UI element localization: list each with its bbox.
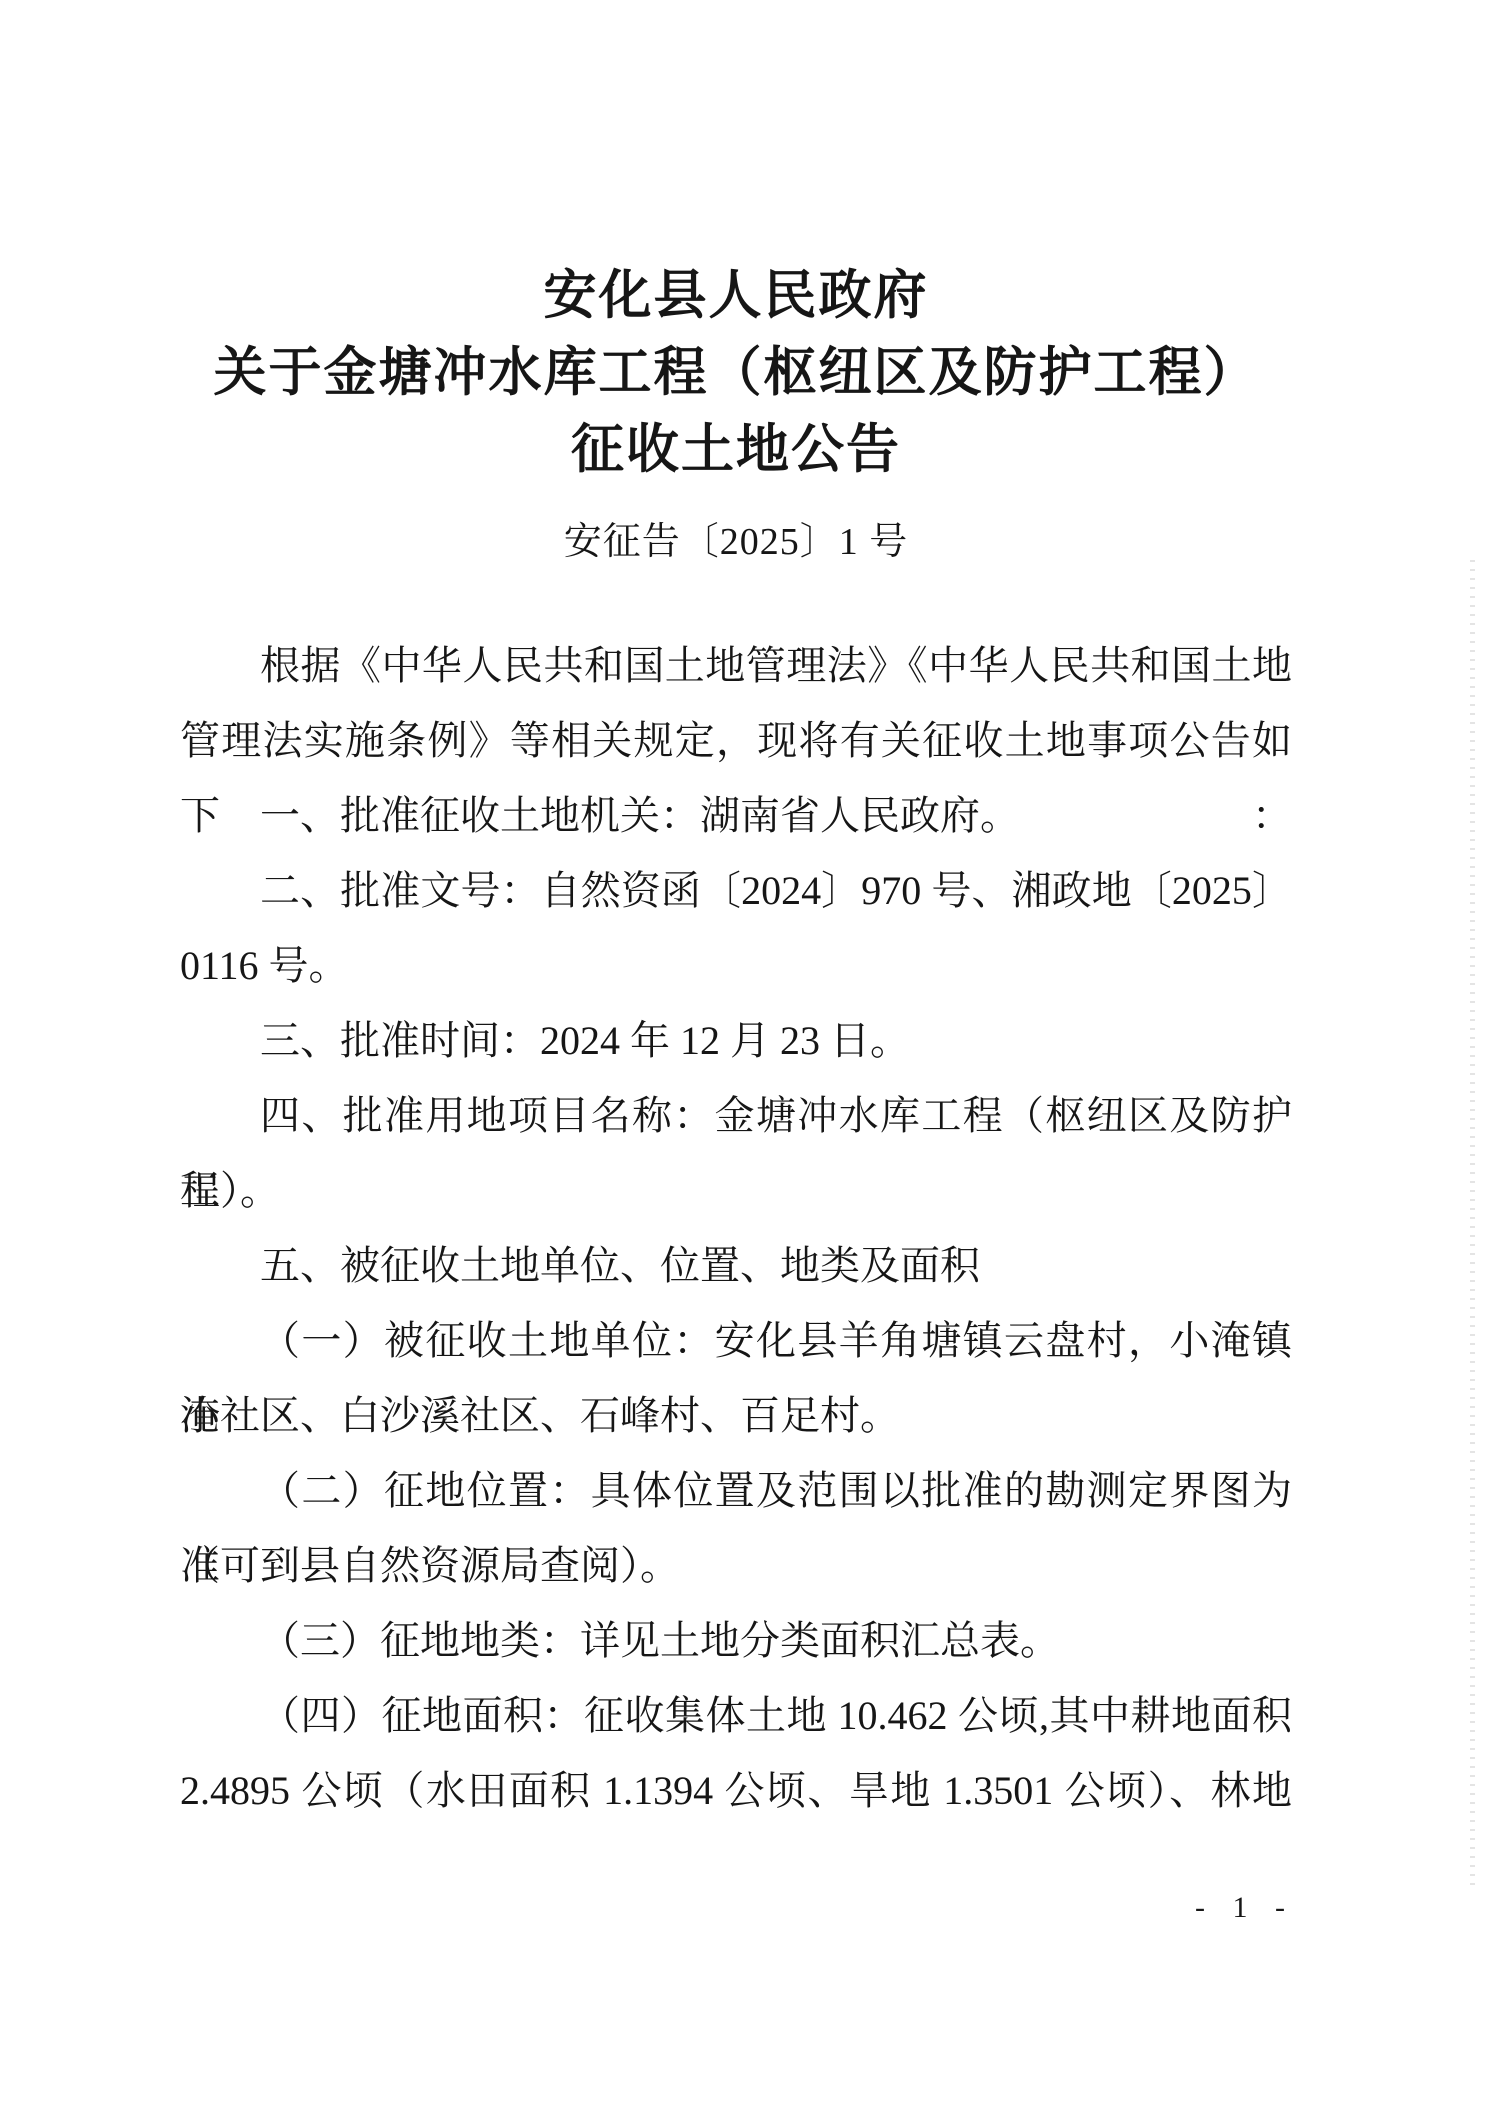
body-line: 淹社区、白沙溪社区、石峰村、百足村。 xyxy=(180,1378,1292,1453)
body-line: 根据《中华人民共和国土地管理法》《中华人民共和国土地 xyxy=(180,628,1292,703)
body-line: 五、被征收土地单位、位置、地类及面积 xyxy=(180,1228,1292,1303)
page-number: - 1 - xyxy=(1170,1888,1320,1928)
body-line: 程）。 xyxy=(180,1153,1292,1228)
body-line: （二）征地位置：具体位置及范围以批准的勘测定界图为准 xyxy=(180,1453,1292,1528)
document-page: 安化县人民政府 关于金塘冲水库工程（枢纽区及防护工程） 征收土地公告 安征告〔2… xyxy=(0,0,1488,2104)
body-line: 管理法实施条例》等相关规定，现将有关征收土地事项公告如下： xyxy=(180,703,1292,778)
body-line: 二、批准文号：自然资函〔2024〕970 号、湘政地〔2025〕 xyxy=(180,853,1292,928)
body-line: 三、批准时间：2024 年 12 月 23 日。 xyxy=(180,1003,1292,1078)
body-line: 2.4895 公顷（水田面积 1.1394 公顷、旱地 1.3501 公顷）、林… xyxy=(180,1753,1292,1828)
body-line: （一）被征收土地单位：安化县羊角塘镇云盘村，小淹镇小 xyxy=(180,1303,1292,1378)
body-line: （四）征地面积：征收集体土地 10.462 公顷,其中耕地面积 xyxy=(180,1678,1292,1753)
document-title: 安化县人民政府 关于金塘冲水库工程（枢纽区及防护工程） 征收土地公告 xyxy=(180,258,1292,489)
scan-edge-artifact xyxy=(1470,560,1475,1890)
body-line: （三）征地地类：详见土地分类面积汇总表。 xyxy=(180,1603,1292,1678)
title-line-2: 关于金塘冲水库工程（枢纽区及防护工程） xyxy=(180,335,1292,412)
document-number: 安征告〔2025〕1 号 xyxy=(180,516,1292,568)
body-line: 0116 号。 xyxy=(180,928,1292,1003)
title-line-3: 征收土地公告 xyxy=(180,412,1292,489)
body-lines: 根据《中华人民共和国土地管理法》《中华人民共和国土地管理法实施条例》等相关规定，… xyxy=(180,628,1292,1828)
title-line-1: 安化县人民政府 xyxy=(180,258,1292,335)
body-line: （可到县自然资源局查阅）。 xyxy=(180,1528,1292,1603)
body-line: 四、批准用地项目名称：金塘冲水库工程（枢纽区及防护工 xyxy=(180,1078,1292,1153)
